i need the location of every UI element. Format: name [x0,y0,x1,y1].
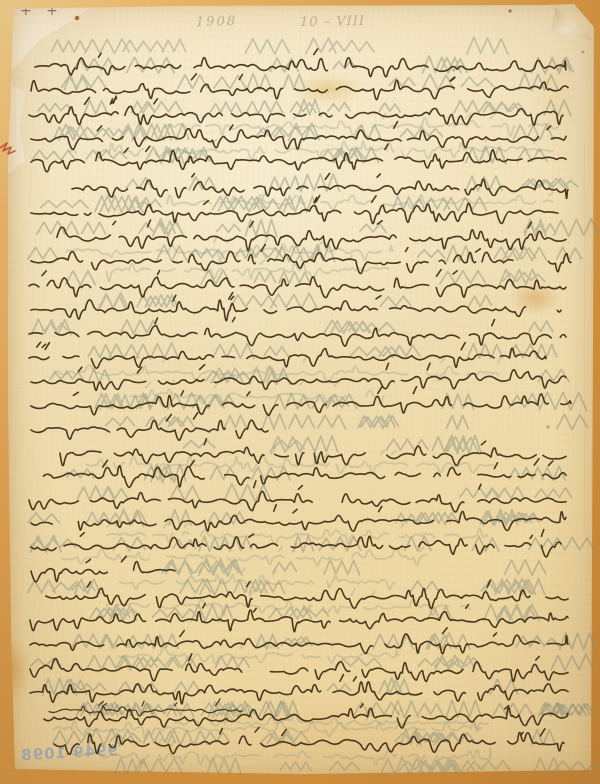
scanned-letter-page: + + 1908 10 – VIII 9949 1098 [0,0,600,784]
manuscript-stroke [86,448,494,474]
foxing-dot [508,9,511,12]
manuscript-stroke [165,112,558,136]
manuscript-stroke [30,675,568,704]
foxing-dot [582,51,585,54]
manuscript-stroke [119,568,394,590]
foxing-dot [75,16,79,20]
manuscript-stroke [31,363,566,390]
manuscript-stroke [163,558,546,576]
handwriting-canvas [0,0,600,784]
manuscript-stroke [32,319,553,335]
manuscript-stroke [0,143,15,154]
manuscript-stroke [29,96,563,125]
manuscript-stroke [37,219,599,237]
foxing-dot [546,425,550,429]
manuscript-stroke [115,757,600,775]
manuscript-stroke [52,37,508,54]
manuscript-stroke [106,413,588,430]
manuscript-stroke [183,435,480,453]
manuscript-stroke [62,73,558,90]
manuscript-stroke [31,413,268,441]
manuscript-stroke [29,318,566,347]
manuscript-stroke [44,704,568,728]
manuscript-stroke [90,604,540,621]
manuscript-stroke [31,556,175,582]
manuscript-stroke [54,123,553,141]
manuscript-stroke [31,74,568,100]
manuscript-stroke [57,220,566,251]
